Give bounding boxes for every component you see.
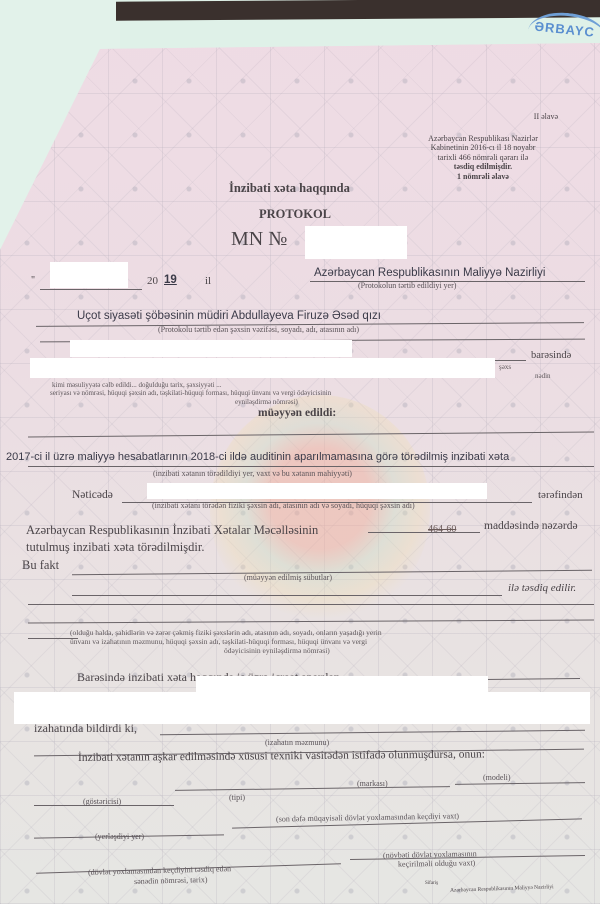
subject-caption: seriyası və nömrəsi, hüquqi şəxsin adı, … (50, 389, 331, 397)
subject-caption: nədin (535, 372, 551, 380)
explanation-caption: (izahatın məzmunu) (265, 738, 329, 747)
year-unit: il (205, 275, 211, 287)
annex-label: II əlavə (408, 112, 558, 122)
redacted-person-block-b (14, 692, 590, 724)
dark-surface-strip (116, 0, 600, 21)
redacted-subject-details (30, 358, 495, 378)
violation-value[interactable]: 2017-ci il üzrə maliyyə hesabatlarının 2… (6, 451, 509, 463)
redacted-date (50, 262, 128, 288)
evidence-line-2 (72, 595, 502, 596)
article-line (368, 532, 480, 533)
caption-indicator: (göstəricisi) (83, 797, 121, 806)
author-value[interactable]: Uçot siyasəti şöbəsinin müdiri Abdullaye… (77, 310, 381, 322)
article-suffix: maddəsində nəzərdə (484, 520, 578, 532)
subject-caption: kimi məsuliyyətə cəlb edildi... doğulduğ… (52, 381, 222, 389)
publisher: Azərbaycan Respublikasının Maliyyə Nazir… (450, 884, 554, 894)
stamp-text: ƏRBAYC (534, 19, 596, 40)
caption-type: (tipi) (229, 793, 245, 802)
caption-location: (yerləşdiyi yer) (95, 832, 144, 841)
annex-line: Azərbaycan Respublikası Nazirlər (408, 134, 558, 144)
form-subtitle: İnzibati xəta haqqında (229, 181, 350, 196)
annex-note: II əlavə Azərbaycan Respublikası Nazirlə… (408, 112, 558, 181)
evidence-label: Bu fakt (22, 558, 59, 573)
technical-intro: İnzibati xətanın aşkar edilməsində xüsus… (78, 748, 485, 764)
about-label: barəsində (531, 350, 571, 361)
caption-model: (modeli) (483, 773, 511, 782)
established-heading: müəyyən edildi: (258, 407, 336, 419)
form-title: PROTOKOL (259, 207, 331, 222)
witness-caption: ünvanı və izahatının məzmunu, hüquqi şəx… (70, 637, 367, 646)
subject-caption: eyniləşdirmə nömrəsi) (235, 398, 298, 406)
tech-line-brand (175, 786, 450, 791)
annex-line: Kabinetinin 2016-cı il 18 noyabr (408, 143, 558, 153)
evidence-caption: (müəyyən edilmiş sübutlar) (244, 573, 332, 582)
place-caption: (Protokolun tərtib edildiyi yer) (358, 281, 456, 290)
result-label: Nəticədə (72, 489, 113, 501)
date-quote: " (31, 275, 35, 286)
redacted-protocol-number (305, 226, 407, 259)
redacted-offender-name (147, 483, 487, 499)
annex-line: 1 nömrəli əlavə (408, 172, 558, 182)
tech-line-model (455, 782, 585, 785)
protocol-number-label: MN № (231, 228, 287, 251)
caption-document-1: (dövlət yoxlamasından keçdiyini təsdiq e… (88, 864, 231, 877)
violation-line (28, 466, 594, 467)
caption-brand: (markası) (357, 779, 388, 788)
evidence-confirmed: ilə təsdiq edilir. (508, 582, 576, 594)
violation-caption: (inzibati xətanın törədildiyi yer, vaxt … (153, 469, 352, 478)
by-label: tərəfindən (538, 489, 583, 501)
year-value: 19 (164, 274, 177, 286)
protocol-place-value[interactable]: Azərbaycan Respublikasının Maliyyə Nazir… (314, 267, 545, 279)
subject-caption: şəxs (499, 363, 511, 371)
article-value[interactable]: 464-60 (428, 524, 456, 535)
annex-line: təsdiq edilmişdir. (408, 162, 558, 172)
explanation-line-1 (160, 730, 585, 735)
annex-line: tarixli 466 nömrəli qərarı ilə (408, 153, 558, 163)
explanation-label: izahatında bildirdi ki, (34, 721, 137, 736)
state-emblem-watermark (210, 395, 430, 625)
result-caption: (inzibati xətanı törədən fiziki şəxsin a… (152, 501, 415, 510)
witness-line-1 (28, 604, 594, 605)
year-prefix: 20 (147, 275, 158, 287)
protocol-form-sheet: II əlavə Azərbaycan Respublikası Nazirlə… (0, 0, 600, 904)
code-line-2: tutulmuş inzibati xəta törədilmişdir. (26, 540, 204, 555)
code-text: Azərbaycan Respublikasının İnzibati Xəta… (26, 523, 318, 538)
caption-document-2: sənədin nömrəsi, tarix) (134, 875, 208, 886)
author-caption: (Protokolu tərtib edən şəxsin vəzifəsi, … (158, 325, 359, 334)
order-label: Sifariş (425, 881, 438, 886)
witness-caption: ödəyicisinin eyniləşdirmə nömrəsi) (224, 646, 330, 655)
date-line (40, 289, 142, 290)
witness-caption: (olduğu halda, şahidlərin və zərər çəkmi… (70, 628, 382, 637)
caption-next-check-2: keçirilməli olduğu vaxt) (398, 858, 475, 868)
redacted-subject-name (70, 340, 352, 357)
